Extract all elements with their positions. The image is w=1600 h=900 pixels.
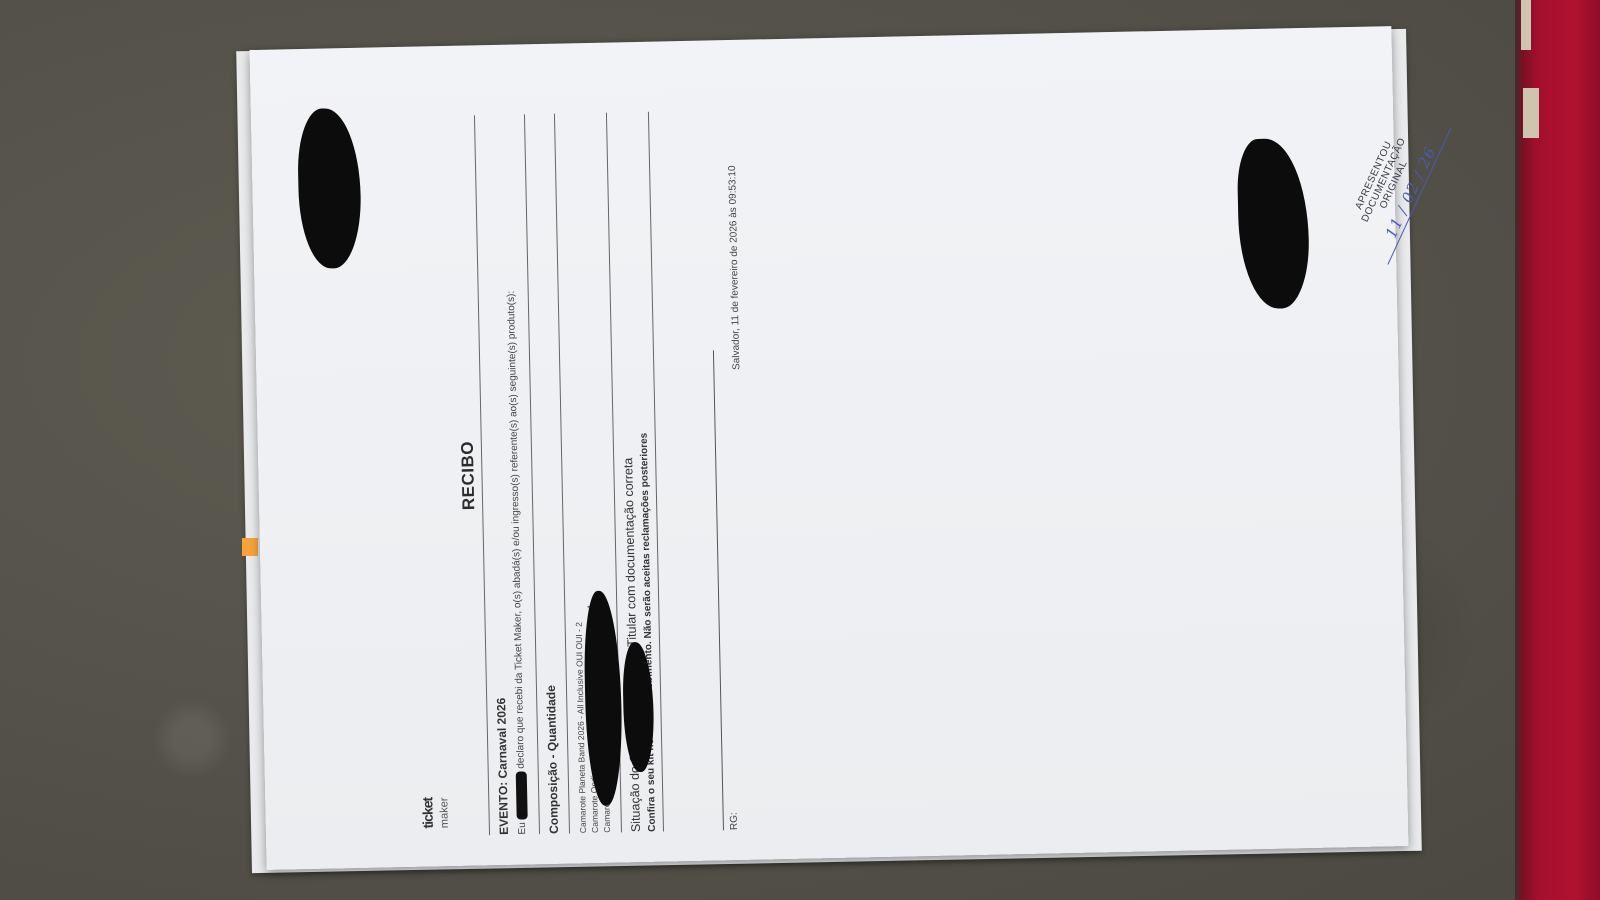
- composition-heading: Composição - Quantidade: [544, 685, 561, 834]
- place-date: Salvador, 11 de fevereiro de 2026 às 09:…: [727, 165, 742, 370]
- signature-line: [713, 350, 724, 830]
- divider: [524, 114, 540, 834]
- event-label: EVENTO: Carnaval 2026: [494, 698, 511, 835]
- sticky-tab: [242, 538, 258, 556]
- redacted-name: [516, 771, 528, 819]
- receipt-page: ticket maker RECIBO EVENTO: Carnaval 202…: [250, 26, 1409, 870]
- declaration-text: declaro que recebi da Ticket Maker, o(s)…: [506, 291, 527, 769]
- ticket-maker-logo: ticket maker: [420, 778, 469, 829]
- stamp-signature-scribble: [1237, 138, 1311, 309]
- logo-line-2: maker: [438, 778, 451, 828]
- declaration-prefix: Eu: [517, 822, 528, 834]
- redaction-scribble-top: [297, 108, 362, 269]
- signature-label: RG:: [729, 812, 740, 830]
- logo-line-1: ticket: [420, 778, 435, 828]
- red-painted-edge: [1515, 0, 1600, 900]
